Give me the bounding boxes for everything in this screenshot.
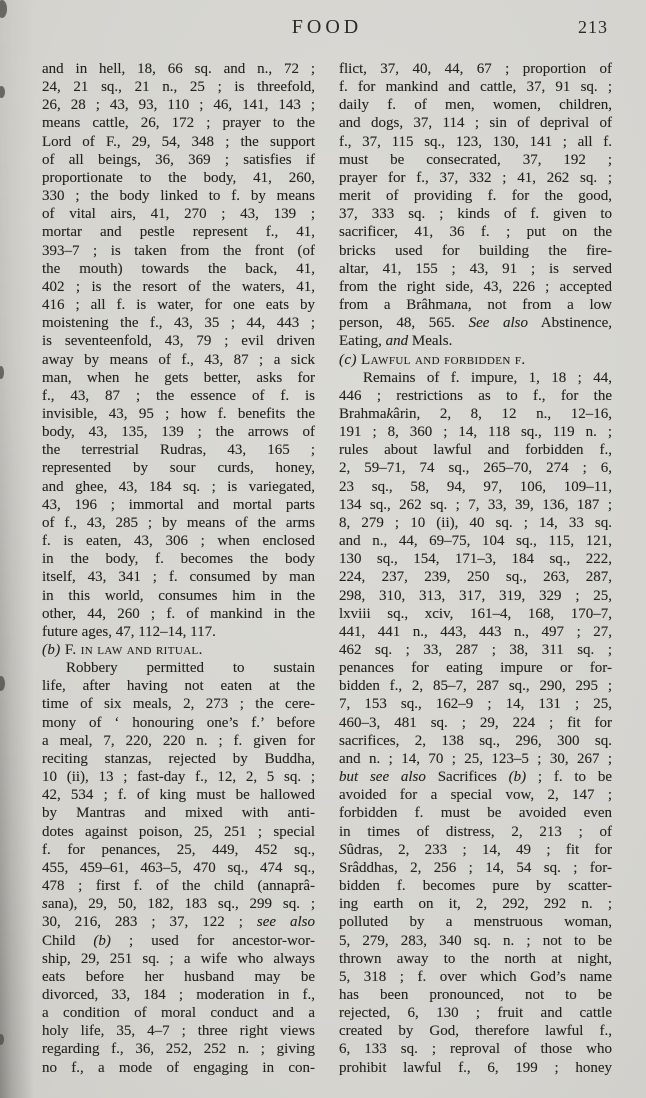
text-line: bidden f. becomes pure by scatter- [339, 877, 612, 895]
text-line: 478 ; first f. of the child (annaprâ- [42, 877, 315, 895]
text-line: proportionate to the body, 41, 260, [42, 169, 315, 187]
text-line: f. for mankind and cattle, 37, 91 sq. ; [339, 78, 612, 96]
text-line: represented by sour curds, honey, [42, 459, 315, 477]
text-line: of vital airs, 41, 270 ; 43, 139 ; [42, 205, 315, 223]
text-line: 10 (ii), 13 ; fast-day f., 12, 2, 5 sq. … [42, 768, 315, 786]
text-line: and n. ; 14, 70 ; 25, 123–5 ; 30, 267 ; [339, 750, 612, 768]
text-line: invisible, 43, 95 ; how f. benefits the [42, 405, 315, 423]
text-line: ship, 29, 251 sq. ; a wife who always [42, 950, 315, 968]
text-line: of f., 43, 285 ; by means of the arms [42, 514, 315, 532]
text-line: merit of providing f. for the good, [339, 187, 612, 205]
text-line: Sûdras, 2, 233 ; 14, 49 ; fit for [339, 841, 612, 859]
scan-speck [0, 0, 7, 18]
scan-speck [0, 676, 5, 691]
text-line: 37, 333 sq. ; kinds of f. given to [339, 205, 612, 223]
index-column-right: flict, 37, 40, 44, 67 ; proportion off. … [339, 60, 612, 1077]
text-line: regarding f., 36, 252, 252 n. ; giving [42, 1040, 315, 1058]
text-line: 416 ; all f. is water, for one eats by [42, 296, 315, 314]
text-line: divorced, 33, 184 ; moderation in f., [42, 986, 315, 1004]
text-line: flict, 37, 40, 44, 67 ; proportion of [339, 60, 612, 78]
text-line: life, after having not eaten at the [42, 677, 315, 695]
scan-speck [0, 86, 5, 98]
text-line: created by God, therefore lawful f., [339, 1022, 612, 1040]
text-line: 460–3, 481 sq. ; 29, 224 ; fit for [339, 714, 612, 732]
text-line: 5, 318 ; f. over which God’s name [339, 968, 612, 986]
text-line: man, when he gets better, asks for [42, 369, 315, 387]
text-line: 43, 196 ; immortal and mortal parts [42, 496, 315, 514]
book-page: FOOD 213 and in hell, 18, 66 sq. and n.,… [0, 0, 646, 1098]
text-line: 8, 279 ; 10 (ii), 40 sq. ; 14, 33 sq. [339, 514, 612, 532]
text-line: 2, 59–71, 74 sq., 265–70, 274 ; 6, [339, 459, 612, 477]
text-line: means cattle, 26, 172 ; prayer to the [42, 114, 315, 132]
text-line: 5, 279, 283, 340 sq. n. ; not to be [339, 932, 612, 950]
text-line: f., 43, 87 ; the essence of f. is [42, 387, 315, 405]
text-line: eats before her husband may be [42, 968, 315, 986]
text-line: Remains of f. impure, 1, 18 ; 44, [339, 369, 612, 387]
text-line: is seventeenfold, 43, 79 ; evil driven [42, 332, 315, 350]
text-line: prayer for f., 37, 332 ; 41, 262 sq. ; [339, 169, 612, 187]
text-line: 455, 459–61, 463–5, 470 sq., 474 sq., [42, 859, 315, 877]
text-line: 6, 133 sq. ; reproval of those who [339, 1040, 612, 1058]
text-line: 191 ; 8, 360 ; 14, 118 sq., 119 n. ; [339, 423, 612, 441]
text-line: reciting stanzas, rejected by Buddha, [42, 750, 315, 768]
text-line: forbidden f. must be avoided even [339, 804, 612, 822]
text-line: f. is eaten, 43, 306 ; when enclosed [42, 532, 315, 550]
text-line: has been pronounced, not to be [339, 986, 612, 1004]
text-line: 24, 21 sq., 21 n., 25 ; is threefold, [42, 78, 315, 96]
text-line: daily f. of men, women, children, [339, 96, 612, 114]
text-line: must be consecrated, 37, 192 ; [339, 151, 612, 169]
text-line: 441, 441 n., 443, 443 n., 497 ; 27, [339, 623, 612, 641]
text-line: rules about lawful and forbidden f., [339, 441, 612, 459]
text-line: mortar and pestle represent f., 41, [42, 223, 315, 241]
text-line: prohibit lawful f., 6, 199 ; honey [339, 1059, 612, 1077]
text-line: moistening the f., 43, 35 ; 44, 443 ; [42, 314, 315, 332]
text-line: Child (b) ; used for ancestor-wor- [42, 932, 315, 950]
text-line: f., 37, 115 sq., 123, 130, 141 ; all f. [339, 133, 612, 151]
text-line: 30, 216, 283 ; 37, 122 ; see also [42, 913, 315, 931]
text-line: sacrificer, 41, 36 f. ; put on the [339, 223, 612, 241]
text-line: holy life, 35, 4–7 ; three right views [42, 1022, 315, 1040]
text-line: 26, 28 ; 43, 93, 110 ; 46, 141, 143 ; [42, 96, 315, 114]
section-heading: (b) F. in law and ritual. [42, 641, 315, 659]
text-line: penances for eating impure or for- [339, 659, 612, 677]
text-line: sacrifices, 2, 138 sq., 296, 300 sq. [339, 732, 612, 750]
text-line: 23 sq., 58, 94, 97, 106, 109–11, [339, 478, 612, 496]
text-line: from the right side, 43, 226 ; accepted [339, 278, 612, 296]
text-line: lxviii sq., xciv, 161–4, 168, 170–7, [339, 605, 612, 623]
text-line: 134 sq., 262 sq. ; 7, 33, 39, 136, 187 ; [339, 496, 612, 514]
page-number: 213 [578, 17, 608, 38]
text-line: a condition of moral conduct and a [42, 1004, 315, 1022]
text-line: 393–7 ; is taken from the front (of [42, 242, 315, 260]
text-line: 402 ; is the resort of the waters, 41, [42, 278, 315, 296]
text-line: from a Brâhmana, not from a low [339, 296, 612, 314]
running-title: FOOD [42, 16, 612, 39]
text-line: thrown away to the north at night, [339, 950, 612, 968]
text-line: 446 ; restrictions as to f., for the [339, 387, 612, 405]
text-line: Robbery permitted to sustain [42, 659, 315, 677]
text-line: the mouth) towards the back, 41, [42, 260, 315, 278]
text-line: sana), 29, 50, 182, 183 sq., 299 sq. ; [42, 895, 315, 913]
text-line: Eating, and Meals. [339, 332, 612, 350]
text-line: body, 43, 135, 139 ; the arrows of [42, 423, 315, 441]
text-line: bidden f., 2, 85–7, 287 sq., 290, 295 ; [339, 677, 612, 695]
text-line: of all beings, 36, 369 ; satisfies if [42, 151, 315, 169]
text-line: ing earth on it, 2, 292, 292 n. ; [339, 895, 612, 913]
scan-speck [0, 1034, 4, 1045]
text-line: altar, 41, 155 ; 43, 91 ; is served [339, 260, 612, 278]
text-line: 298, 310, 313, 317, 319, 329 ; 25, [339, 587, 612, 605]
text-line: avoided for a special vow, 2, 147 ; [339, 786, 612, 804]
text-line: dotes against poison, 25, 251 ; special [42, 823, 315, 841]
text-line: bricks used for building the fire- [339, 242, 612, 260]
text-line: no f., a mode of engaging in con- [42, 1059, 315, 1077]
index-column-left: and in hell, 18, 66 sq. and n., 72 ;24, … [42, 60, 315, 1077]
page-header: FOOD 213 [42, 16, 612, 42]
text-line: 330 ; the body linked to f. by means [42, 187, 315, 205]
text-line: and n., 44, 69–75, 104 sq., 115, 121, [339, 532, 612, 550]
text-line: by Mantras and mixed with anti- [42, 804, 315, 822]
text-line: 7, 153 sq., 162–9 ; 14, 131 ; 25, [339, 695, 612, 713]
text-line: mony of ‘ honouring one’s f.’ before [42, 714, 315, 732]
text-line: in the body, f. becomes the body [42, 550, 315, 568]
text-line: future ages, 47, 112–14, 117. [42, 623, 315, 641]
text-line: person, 48, 565. See also Abstinence, [339, 314, 612, 332]
text-line: 224, 237, 239, 250 sq., 263, 287, [339, 568, 612, 586]
text-line: itself, 43, 341 ; f. consumed by man [42, 568, 315, 586]
text-line: in times of distress, 2, 213 ; of [339, 823, 612, 841]
index-columns: and in hell, 18, 66 sq. and n., 72 ;24, … [42, 60, 612, 1077]
text-line: polluted by a menstruous woman, [339, 913, 612, 931]
text-line: 462 sq. ; 33, 287 ; 38, 311 sq. ; [339, 641, 612, 659]
text-line: f. for penances, 25, 449, 452 sq., [42, 841, 315, 859]
text-line: and dogs, 37, 114 ; sin of deprival of [339, 114, 612, 132]
text-line: the terrestrial Rudras, 43, 165 ; [42, 441, 315, 459]
text-line: time of six meals, 2, 273 ; the cere- [42, 695, 315, 713]
text-line: Brahmakârin, 2, 8, 12 n., 12–16, [339, 405, 612, 423]
text-line: 130 sq., 154, 171–3, 184 sq., 222, [339, 550, 612, 568]
text-line: Lord of F., 29, 54, 348 ; the support [42, 133, 315, 151]
text-line: but see also Sacrifices (b) ; f. to be [339, 768, 612, 786]
scan-speck [0, 366, 4, 379]
text-line: and in hell, 18, 66 sq. and n., 72 ; [42, 60, 315, 78]
text-line: away by means of f., 43, 87 ; a sick [42, 351, 315, 369]
scan-shadow-left [0, 0, 34, 1098]
text-line: a meal, 7, 220, 220 n. ; f. given for [42, 732, 315, 750]
text-line: Srâddhas, 2, 256 ; 14, 54 sq. ; for- [339, 859, 612, 877]
text-line: other, 44, 260 ; f. of mankind in the [42, 605, 315, 623]
text-line: 42, 534 ; f. of king must be hallowed [42, 786, 315, 804]
text-line: in this world, consumes him in the [42, 587, 315, 605]
text-line: rejected, 6, 130 ; fruit and cattle [339, 1004, 612, 1022]
section-heading: (c) Lawful and forbidden f. [339, 351, 612, 369]
text-line: and ghee, 43, 184 sq. ; is variegated, [42, 478, 315, 496]
